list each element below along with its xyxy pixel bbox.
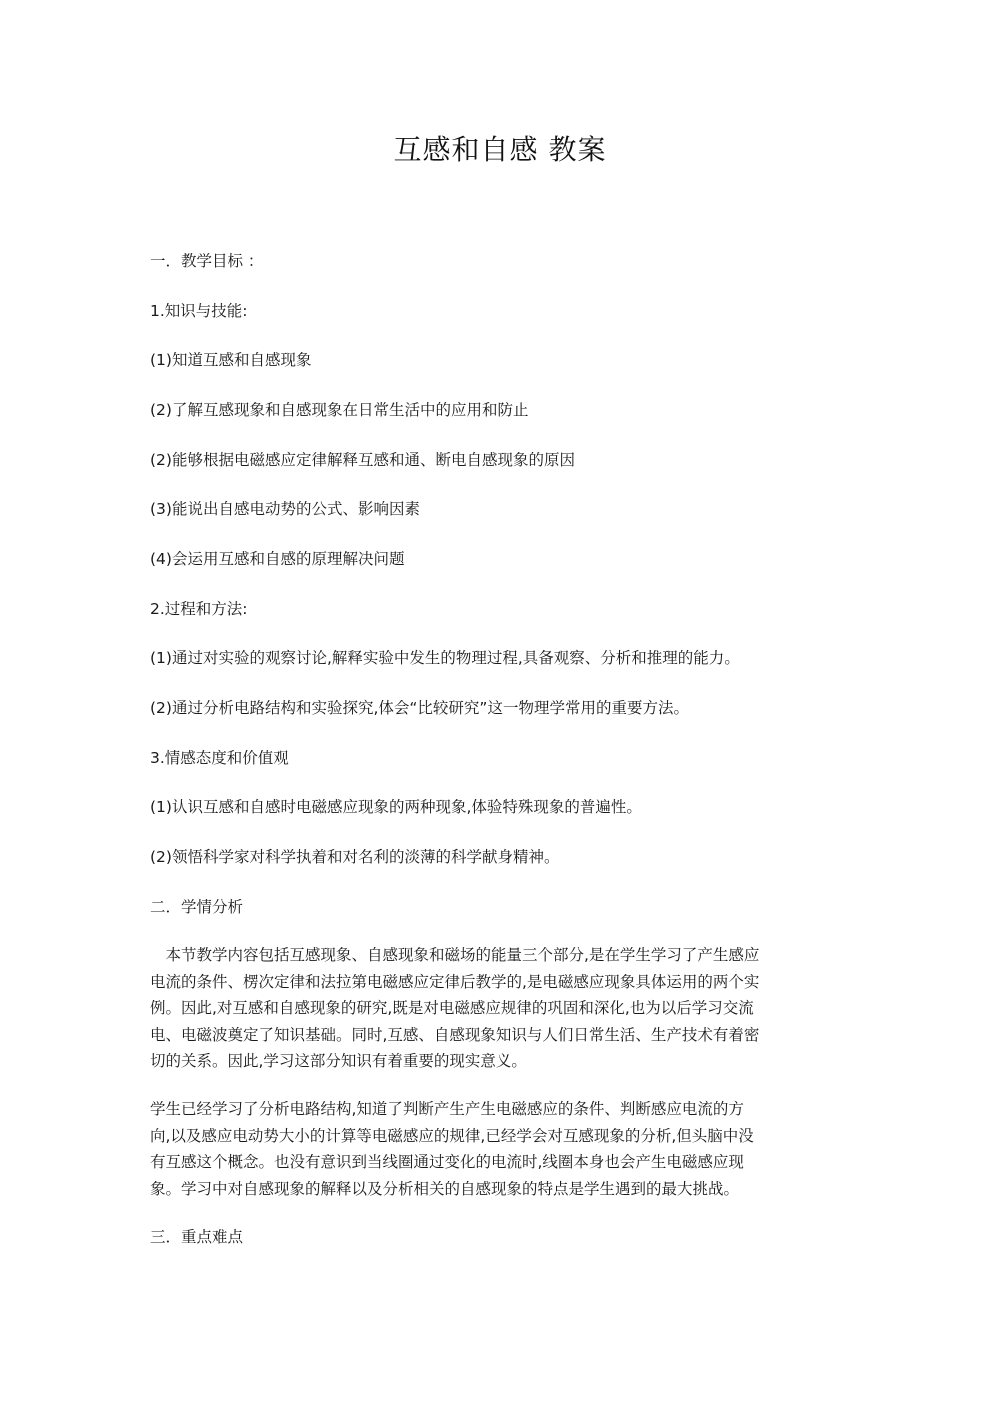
section-heading-student-analysis: 二．学情分析: [150, 897, 243, 917]
section-heading-objectives: 一．教学目标 ：: [150, 251, 263, 271]
paragraph-line: 向,以及感应电动势大小的计算等电磁感应的规律,已经学会对互感现象的分析,但头脑中…: [150, 1123, 840, 1150]
subheading-knowledge-skills: 1.知识与技能:: [150, 301, 248, 321]
document-title: 互感和自感 教案: [0, 128, 1000, 168]
list-item: (2)能够根据电磁感应定律解释互感和通、断电自感现象的原因: [150, 450, 575, 470]
list-item: (2)了解互感现象和自感现象在日常生活中的应用和防止: [150, 400, 528, 420]
list-item: (1)认识互感和自感时电磁感应现象的两种现象,体验特殊现象的普遍性。: [150, 797, 642, 817]
section-heading-key-difficulties: 三．重点难点: [150, 1227, 243, 1247]
list-item: (3)能说出自感电动势的公式、影响因素: [150, 499, 420, 519]
subheading-emotion-values: 3.情感态度和价值观: [150, 748, 289, 768]
paragraph-line: 象。学习中对自感现象的解释以及分析相关的自感现象的特点是学生遇到的最大挑战。: [150, 1176, 840, 1203]
paragraph-line: 有互感这个概念。也没有意识到当线圈通过变化的电流时,线圈本身也会产生电磁感应现: [150, 1149, 840, 1176]
subheading-process-methods: 2.过程和方法:: [150, 599, 248, 619]
paragraph-line: 切的关系。因此,学习这部分知识有着重要的现实意义。: [150, 1048, 840, 1075]
paragraph-line: 学生已经学习了分析电路结构,知道了判断产生产生电磁感应的条件、判断感应电流的方: [150, 1096, 840, 1123]
list-item: (1)通过对实验的观察讨论,解释实验中发生的物理过程,具备观察、分析和推理的能力…: [150, 648, 740, 668]
list-item: (4)会运用互感和自感的原理解决问题: [150, 549, 404, 569]
paragraph-line: 本节教学内容包括互感现象、自感现象和磁场的能量三个部分,是在学生学习了产生感应: [150, 942, 840, 969]
paragraph-line: 例。因此,对互感和自感现象的研究,既是对电磁感应规律的巩固和深化,也为以后学习交…: [150, 995, 840, 1022]
list-item: (2)领悟科学家对科学执着和对名利的淡薄的科学献身精神。: [150, 847, 559, 867]
paragraph-line: 电、电磁波奠定了知识基础。同时,互感、自感现象知识与人们日常生活、生产技术有着密: [150, 1022, 840, 1049]
document-page: 互感和自感 教案 一．教学目标 ： 1.知识与技能: (1)知道互感和自感现象 …: [0, 0, 1000, 1414]
list-item: (1)知道互感和自感现象: [150, 350, 311, 370]
paragraph-line: 电流的条件、楞次定律和法拉第电磁感应定律后教学的,是电磁感应现象具体运用的两个实: [150, 969, 840, 996]
list-item: (2)通过分析电路结构和实验探究,体会“比较研究”这一物理学常用的重要方法。: [150, 698, 689, 718]
paragraph-content-overview: 本节教学内容包括互感现象、自感现象和磁场的能量三个部分,是在学生学习了产生感应 …: [150, 942, 840, 1075]
paragraph-student-background: 学生已经学习了分析电路结构,知道了判断产生产生电磁感应的条件、判断感应电流的方 …: [150, 1096, 840, 1202]
